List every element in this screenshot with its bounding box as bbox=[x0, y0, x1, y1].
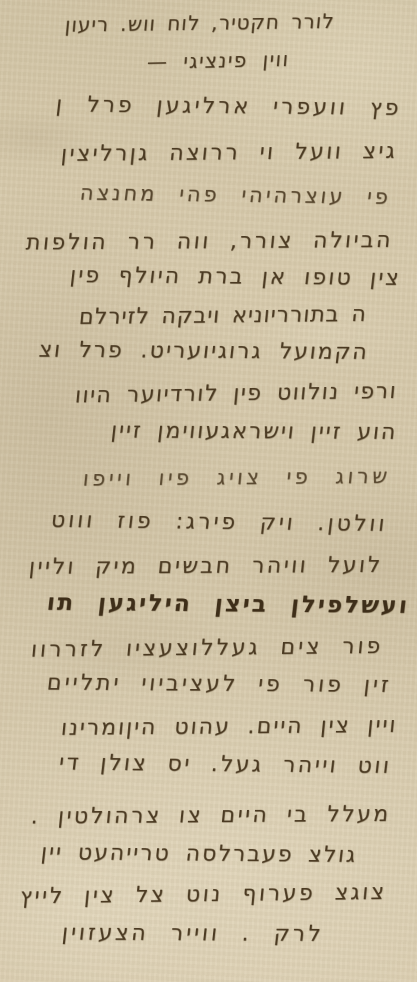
handwritten-line-21: גולצ פעברלסה טרייהעט יין bbox=[39, 840, 358, 868]
handwritten-line-16: פור צים געללוצעציו לזררוו bbox=[30, 634, 385, 663]
handwritten-line-14: לועל וויהר חבשים מיק וליין bbox=[27, 553, 383, 580]
handwritten-line-7: צין טופו אן ברת היולף פין bbox=[69, 263, 403, 291]
handwritten-line-6: הביולה צורר, ווה רר הולפות bbox=[25, 228, 394, 256]
handwritten-line-18: ויין צין היים. עהוט היןומרינו bbox=[59, 713, 398, 741]
handwritten-line-1: לורר חקטיר, לוח ווש. ריעון bbox=[64, 9, 336, 37]
handwritten-line-3: פץ וועפרי ארליגען פרל ן bbox=[54, 92, 402, 121]
handwritten-line-10: ורפי נולווט פין לורדיוער היוו bbox=[74, 379, 398, 409]
handwritten-line-8: ה בתורריוניא ויבקה לזירלם bbox=[78, 302, 368, 330]
handwritten-line-22: צוגצ פערוף נוט צל צין לייץ bbox=[19, 880, 388, 910]
handwritten-line-20: מעלל בי היים צו צרהולטין . bbox=[30, 802, 392, 830]
handwritten-line-2: ווין פינציגי — bbox=[146, 47, 291, 74]
handwritten-line-15: ועשלפילן ביצן היליגען תו bbox=[45, 590, 410, 619]
handwritten-line-4: גיצ וועל וי ררוצה גןרליצין bbox=[59, 139, 398, 167]
handwritten-line-11: הוע זיין וישראגעווימן זיין bbox=[109, 419, 398, 445]
handwritten-line-19: ווט וייהר געל. יס צולן די bbox=[57, 751, 392, 779]
handwritten-line-5: פי עוצרהיהי פהי מחנצה bbox=[79, 181, 393, 209]
handwritten-line-17: זין פור פי לעציביוי יתליים bbox=[45, 671, 392, 698]
handwritten-line-13: וולטן. ויק פירג: פוז וווט bbox=[49, 508, 388, 537]
manuscript-page: לורר חקטיר, לוח ווש. ריעון ווין פינציגי … bbox=[0, 0, 417, 982]
handwritten-line-9: הקמועל גרוגיועריט. פרל וצ bbox=[38, 338, 371, 365]
handwritten-line-12: שרוג פי צויג פיו וייפו bbox=[82, 464, 392, 491]
handwritten-line-23: לרק . ווייר הצעזוין bbox=[60, 921, 324, 947]
